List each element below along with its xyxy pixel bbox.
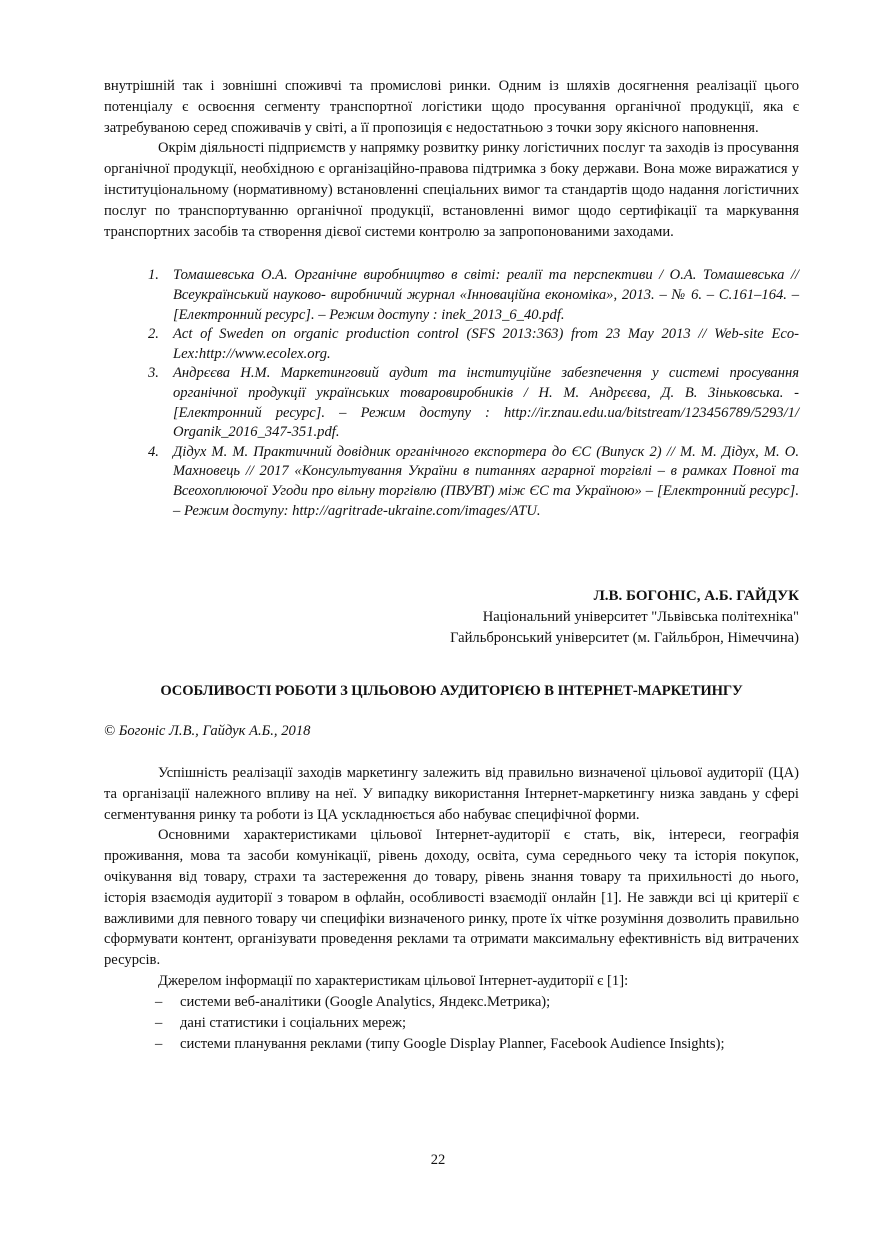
reference-number: 3. bbox=[148, 364, 159, 384]
reference-number: 1. bbox=[148, 266, 159, 286]
list-item-text: дані статистики і соціальних мереж; bbox=[180, 1015, 406, 1031]
list-item: –системи веб-аналітики (Google Analytics… bbox=[104, 992, 799, 1013]
page-number: 22 bbox=[0, 1152, 876, 1169]
article-body: Успішність реалізації заходів маркетингу… bbox=[104, 763, 799, 1055]
author-names: Л.В. БОГОНІС, А.Б. ГАЙДУК bbox=[104, 585, 799, 607]
reference-item: 2.Act of Sweden on organic production co… bbox=[104, 325, 799, 364]
body-paragraph: внутрішній так і зовнішні споживчі та пр… bbox=[104, 76, 799, 138]
affiliation: Гайльбронський університет (м. Гайльброн… bbox=[104, 628, 799, 649]
reference-number: 4. bbox=[148, 443, 159, 463]
reference-item: 3.Андрєєва Н.М. Маркетинговий аудит та і… bbox=[104, 364, 799, 442]
list-item-text: системи планування реклами (типу Google … bbox=[180, 1036, 725, 1052]
list-item: –дані статистики і соціальних мереж; bbox=[104, 1013, 799, 1034]
body-paragraph: Джерелом інформації по характеристикам ц… bbox=[104, 971, 799, 992]
dash-bullet: – bbox=[155, 1034, 162, 1055]
references-list: 1.Томашевська О.А. Органічне виробництво… bbox=[104, 266, 799, 521]
authors-block: Л.В. БОГОНІС, А.Б. ГАЙДУК Національний у… bbox=[104, 585, 799, 649]
reference-text: Андрєєва Н.М. Маркетинговий аудит та інс… bbox=[173, 365, 799, 440]
list-item-text: системи веб-аналітики (Google Analytics,… bbox=[180, 994, 550, 1010]
list-item: –системи планування реклами (типу Google… bbox=[104, 1034, 799, 1055]
affiliation: Національний університет "Львівська полі… bbox=[104, 607, 799, 628]
sources-list: –системи веб-аналітики (Google Analytics… bbox=[104, 992, 799, 1055]
reference-text: Томашевська О.А. Органічне виробництво в… bbox=[173, 267, 799, 322]
dash-bullet: – bbox=[155, 992, 162, 1013]
body-paragraph: Основними характеристиками цільової Інте… bbox=[104, 825, 799, 971]
body-paragraph: Окрім діяльності підприємств у напрямку … bbox=[104, 138, 799, 242]
reference-text: Дідух М. М. Практичний довідник органічн… bbox=[173, 444, 799, 519]
reference-number: 2. bbox=[148, 325, 159, 345]
reference-item: 4.Дідух М. М. Практичний довідник органі… bbox=[104, 443, 799, 521]
reference-text: Act of Sweden on organic production cont… bbox=[173, 326, 799, 362]
page-content: внутрішній так і зовнішні споживчі та пр… bbox=[104, 76, 799, 1055]
copyright-line: © Богоніс Л.В., Гайдук А.Б., 2018 bbox=[104, 721, 799, 741]
dash-bullet: – bbox=[155, 1013, 162, 1034]
body-paragraph: Успішність реалізації заходів маркетингу… bbox=[104, 763, 799, 825]
article-title: ОСОБЛИВОСТІ РОБОТИ З ЦІЛЬОВОЮ АУДИТОРІЄЮ… bbox=[104, 681, 799, 701]
reference-item: 1.Томашевська О.А. Органічне виробництво… bbox=[104, 266, 799, 325]
